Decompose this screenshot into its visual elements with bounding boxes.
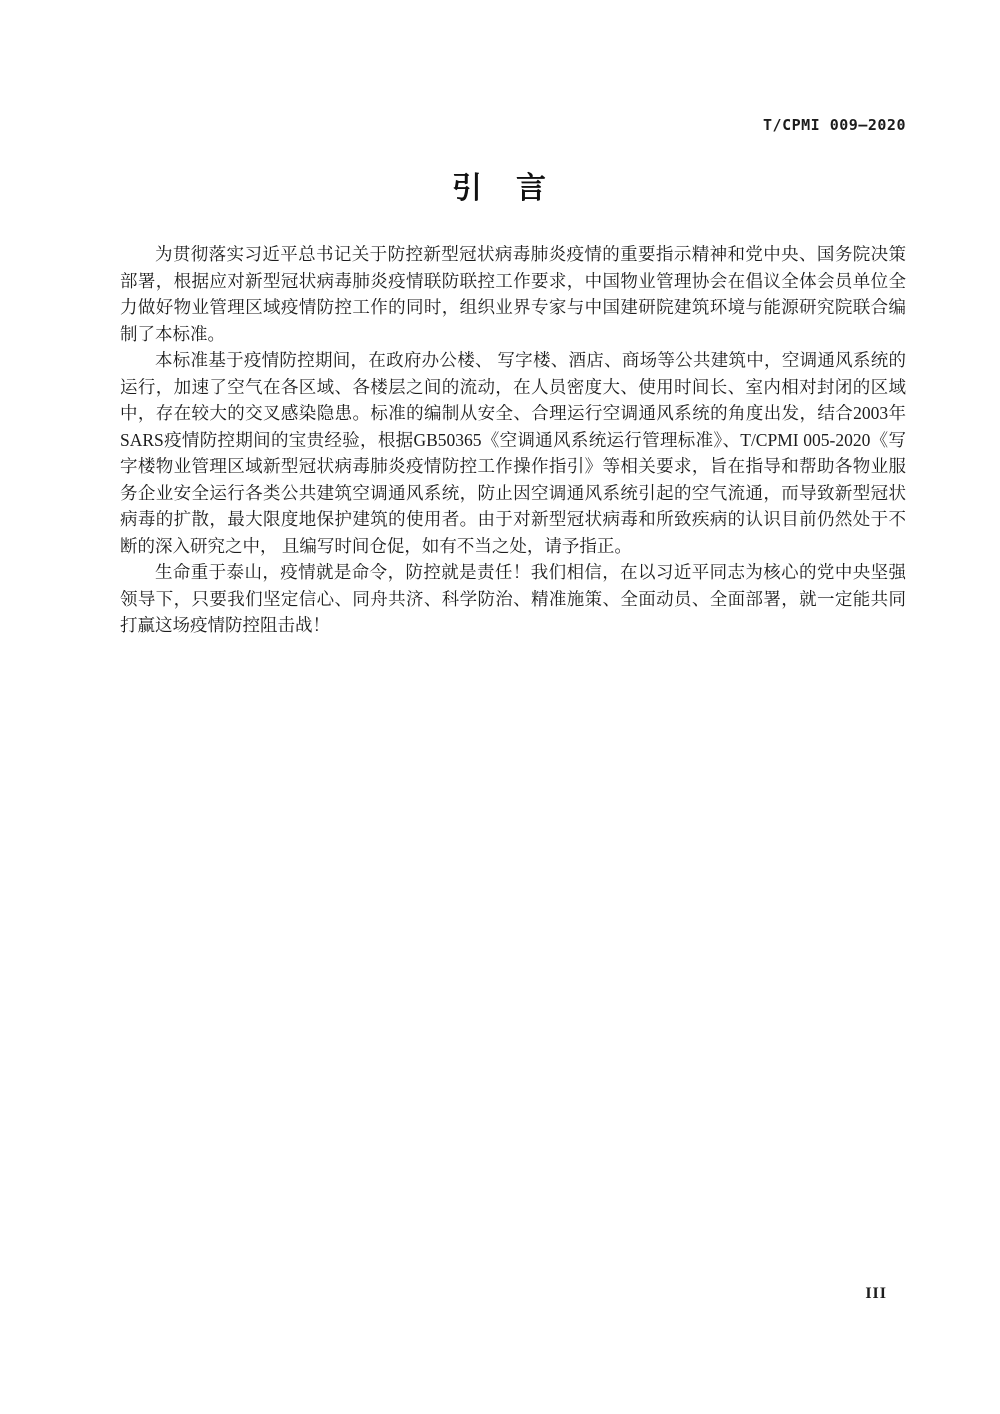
paragraph-1: 为贯彻落实习近平总书记关于防控新型冠状病毒肺炎疫情的重要指示精神和党中央、国务院… (120, 241, 906, 347)
paragraph-2: 本标准基于疫情防控期间，在政府办公楼、 写字楼、酒店、商场等公共建筑中，空调通风… (120, 347, 906, 559)
paragraph-3: 生命重于泰山，疫情就是命令，防控就是责任！我们相信，在以习近平同志为核心的党中央… (120, 559, 906, 639)
page-title: 引 言 (0, 163, 1000, 207)
document-page: T/CPMI 009—2020 引 言 为贯彻落实习近平总书记关于防控新型冠状病… (0, 0, 1000, 1414)
page-number: III (865, 1285, 887, 1303)
document-code: T/CPMI 009—2020 (763, 116, 906, 134)
body-text: 为贯彻落实习近平总书记关于防控新型冠状病毒肺炎疫情的重要指示精神和党中央、国务院… (120, 241, 906, 639)
